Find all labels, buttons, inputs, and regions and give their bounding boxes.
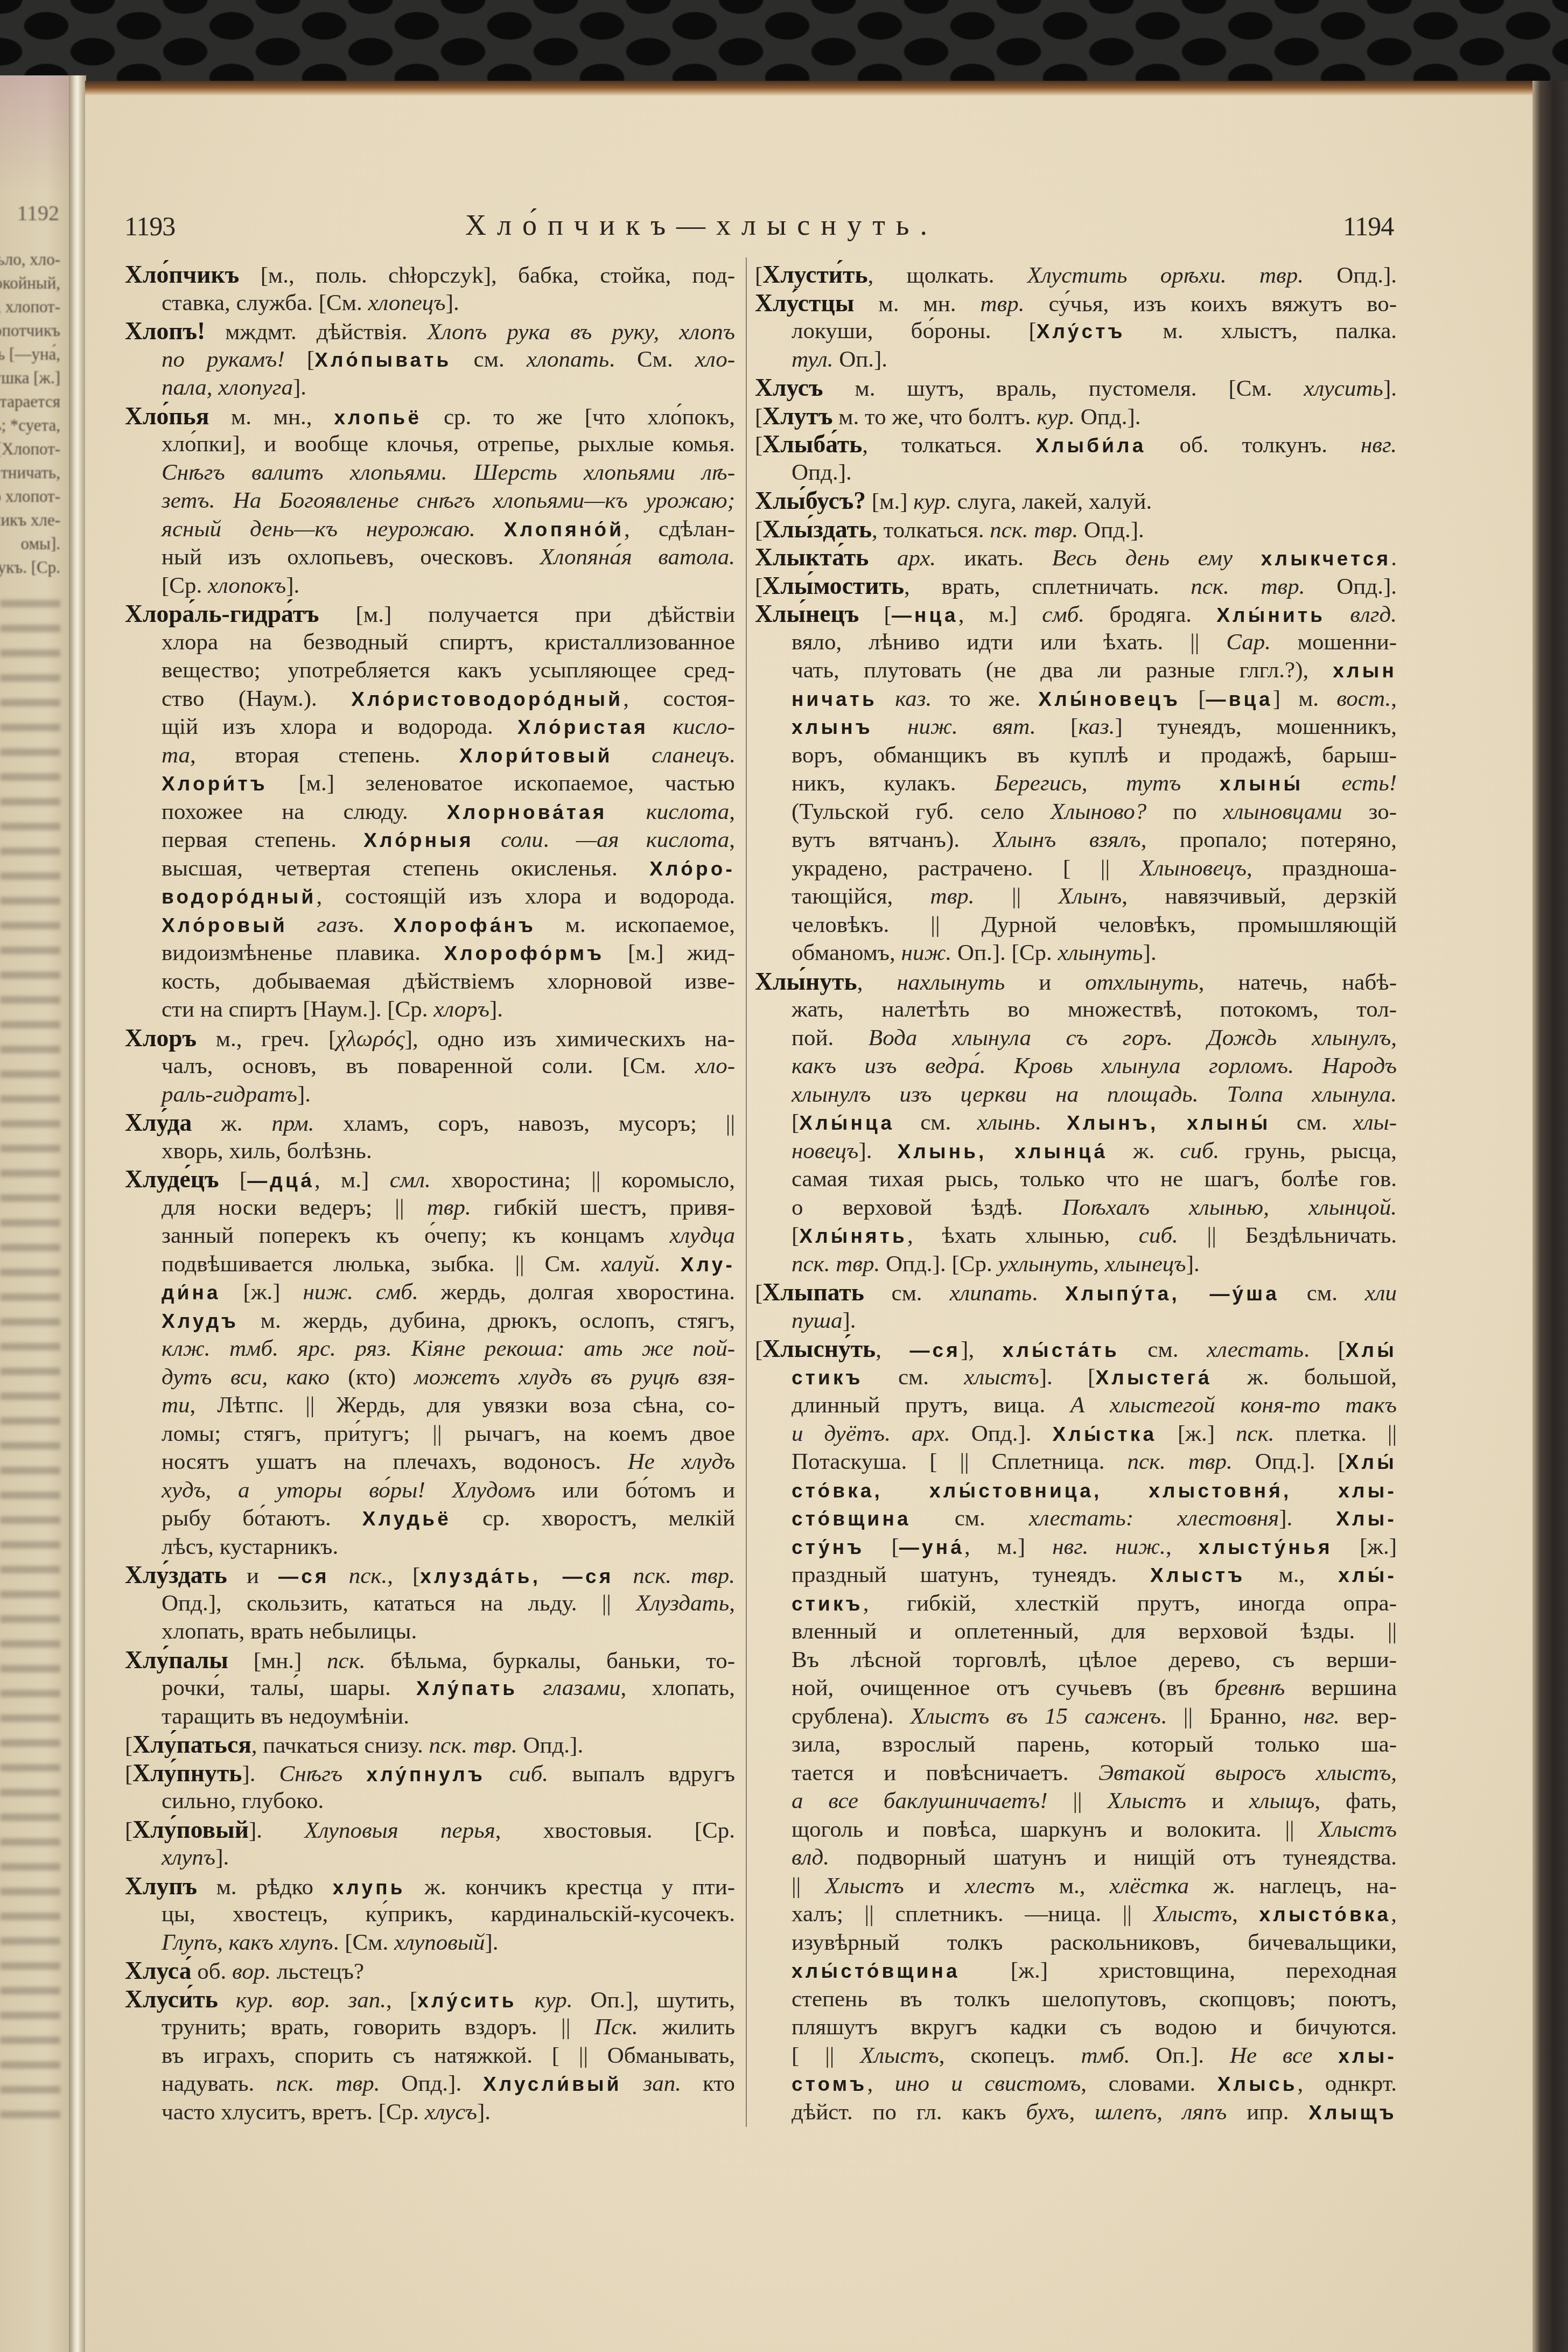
- text-run: Опд.], скользить, кататься на льду. ||: [162, 1591, 636, 1616]
- entry-first-line: Хлу́стцы м. мн. твр. су́чья, изъ коихъ в…: [755, 289, 1397, 318]
- italic-text: хлипать: [949, 1280, 1032, 1306]
- text-run: Опд.].: [380, 2071, 484, 2096]
- text-run: человѣкъ. || Дурной человѣкъ, промышляющ…: [792, 912, 1397, 937]
- text-line: степень въ толкъ шелопутовъ, скопцовъ; п…: [755, 1985, 1397, 2014]
- text-run: см.: [1271, 1110, 1353, 1135]
- text-line: лѣсъ, кустарникъ.: [125, 1533, 735, 1562]
- text-run: об. толкунъ.: [1146, 432, 1361, 458]
- text-run: [873, 714, 907, 739]
- entry-first-line: [Хлусти́ть, щолкать. Хлустить орѣхи. твр…: [755, 261, 1397, 289]
- text-run: м. мн.,: [209, 404, 334, 430]
- derived-headword: Хлори́товый: [459, 745, 613, 767]
- italic-text: хлыщъ: [1249, 1788, 1315, 1814]
- derived-headword: Хлынь, хлынца́: [897, 1140, 1108, 1163]
- text-run: , пачкаться снизу.: [251, 1733, 429, 1758]
- text-run: срублена).: [792, 1704, 911, 1729]
- text-line: стикъ см. хлыстъ]. [Хлыстега́ ж. большой…: [755, 1363, 1397, 1392]
- text-run: ] тунеядъ, мошенникъ,: [1115, 714, 1397, 739]
- column-left: Хло́пчикъ [м., поль. chłopczyk], бабка, …: [125, 261, 735, 2126]
- text-run: м.,: [1245, 1562, 1339, 1587]
- italic-text: твр.: [427, 1195, 471, 1220]
- italic-text: хлыстъ: [964, 1364, 1039, 1390]
- text-line: хворь, хиль, болѣзнь.: [125, 1137, 735, 1166]
- text-run: [: [755, 517, 762, 543]
- italic-text: пск.: [327, 1648, 365, 1674]
- italic-text: какъ изъ ведра́. Кровь хлынула горломъ. …: [792, 1053, 1397, 1079]
- text-run: см.: [911, 1506, 1029, 1531]
- text-run: видоизмѣненье плавика.: [162, 940, 444, 965]
- italic-text: можетъ хлудъ въ руцѣ взя-: [414, 1364, 735, 1390]
- entry-first-line: [Хлыпать см. хлипать. Хлыпу́та, —у́ша см…: [755, 1278, 1397, 1307]
- entry-first-line: Хлы́нецъ [—нца, м.] смб. бродяга. Хлы́ни…: [755, 600, 1397, 628]
- entry-first-line: Хлу́здать и —ся пск., [хлузда́ть, —ся пс…: [125, 1561, 735, 1590]
- italic-text: Вода хлынула съ горъ. Дождь хлынулъ,: [869, 1025, 1397, 1051]
- italic-text: нвг.: [1304, 1704, 1340, 1729]
- entry-first-line: [Хлу́пнуть]. Снѣгъ хлу́пнулъ сиб. выпалъ…: [125, 1759, 735, 1788]
- text-run: [: [755, 404, 762, 430]
- text-line: [Ср. хлопокъ].: [125, 572, 735, 600]
- derived-headword: Хло́ристая: [517, 716, 648, 738]
- text-run: , вторая степень.: [190, 743, 459, 768]
- previous-page-fragment: никъ хле-: [0, 508, 60, 532]
- text-run: ].: [293, 375, 306, 400]
- italic-text: Хлыстъ: [825, 1873, 904, 1899]
- derived-headword: стомъ: [792, 2073, 867, 2095]
- text-line: хлынъ ниж. вят. [каз.] тунеядъ, мошенник…: [755, 713, 1397, 741]
- text-run: [: [864, 1534, 899, 1559]
- text-line: ный изъ охлопьевъ, оческовъ. Хлопяна́я в…: [125, 543, 735, 572]
- previous-page-text-fragments: ьло, хло-спокойный,, хлопот-опотчикъкъ […: [0, 248, 60, 579]
- text-run: . [: [1304, 1337, 1346, 1362]
- text-run: ,: [1391, 686, 1397, 711]
- previous-page-fragment: тушка [ж.]: [0, 366, 60, 390]
- entry-first-line: [Хлы́здать, толкаться. пск. твр. Опд.].: [755, 515, 1397, 544]
- italic-text: Хлыстъ: [1108, 1788, 1187, 1814]
- italic-text: пск.: [349, 1563, 387, 1588]
- text-run: ||: [1048, 1788, 1108, 1814]
- previous-page-edge: 1192 ьло, хло-спокойный,, хлопот-опотчик…: [0, 75, 71, 2352]
- italic-text: смб.: [1042, 602, 1084, 627]
- text-line: клж. тмб. ярс. ряз. Кіяне рекоша: ать же…: [125, 1335, 735, 1363]
- derived-headword: —ся: [909, 1339, 961, 1361]
- text-run: ,: [729, 1591, 735, 1616]
- text-line: самая тихая рысь, только что не шагъ, бо…: [755, 1165, 1397, 1194]
- italic-text: хло-: [695, 1053, 735, 1079]
- text-line: ди́на [ж.] ниж. смб. жердь, долгая хворо…: [125, 1278, 735, 1307]
- text-run: см.: [1119, 1337, 1207, 1362]
- text-line: пуша].: [755, 1307, 1397, 1335]
- text-run: [: [792, 1110, 799, 1135]
- italic-text: ти: [162, 1392, 190, 1418]
- text-run: ] м.: [1273, 686, 1337, 711]
- text-line: зила, взрослый парень, который только ша…: [755, 1731, 1397, 1759]
- text-line: пляшутъ вкругъ кадки съ водою и бичуются…: [755, 2013, 1397, 2042]
- text-line: занный поперекъ къ о́чепу; къ концамъ хл…: [125, 1222, 735, 1250]
- text-line: Опд.], скользить, кататься на льду. || Х…: [125, 1590, 735, 1618]
- italic-text: Снѣгъ валитъ хлопьями. Шерсть хлопьями л…: [162, 460, 735, 485]
- text-run: носятъ ушатъ на плечахъ, водоносъ.: [162, 1449, 628, 1474]
- text-run: праздный шатунъ, тунеядъ.: [792, 1562, 1150, 1587]
- text-run: ].: [297, 1082, 311, 1107]
- text-run: [475, 516, 504, 542]
- text-run: ,: [1232, 1901, 1259, 1927]
- text-run: . См.: [609, 347, 695, 372]
- headword: Хлу́стцы: [755, 289, 854, 317]
- text-run: ].: [215, 1845, 229, 1870]
- text-line: тающійся, твр. || Хлынъ, навязчивый, дер…: [755, 883, 1397, 911]
- text-line: пой. Вода хлынула съ горъ. Дождь хлынулъ…: [755, 1024, 1397, 1053]
- text-run: изувѣрный толкъ раскольниковъ, бичевальщ…: [792, 1930, 1397, 1955]
- text-run: [: [219, 1167, 248, 1193]
- column-divider: [746, 257, 747, 2127]
- italic-text: ино и свистомъ: [895, 2071, 1081, 2096]
- text-line: пала, хлопуга].: [125, 374, 735, 402]
- text-run: ]. [: [1039, 1364, 1096, 1390]
- italic-text: кур.: [913, 489, 951, 514]
- text-run: м. ископаемое,: [536, 912, 735, 937]
- text-run: .: [1032, 1280, 1065, 1306]
- italic-text: пала, хлопуга: [162, 375, 293, 400]
- text-run: дѣйст. по гл. какъ: [792, 2099, 1026, 2125]
- text-line: украдено, растрачено. [ || Хлыновецъ, пр…: [755, 855, 1397, 883]
- text-line: влд. подворный шатунъ и нищій отъ тунеяд…: [755, 1844, 1397, 1872]
- page-number-left: 1193: [124, 210, 175, 242]
- text-run: ж.: [192, 1111, 271, 1136]
- text-run: Опд.].: [792, 460, 852, 485]
- headword: Хлу́здать: [125, 1561, 227, 1588]
- text-run: . [См.: [333, 1930, 394, 1955]
- text-line: [Хлы́нять, ѣхать хлынью, сиб. || Бездѣль…: [755, 1222, 1397, 1250]
- text-run: [288, 912, 317, 937]
- entry-first-line: [Хлутъ м. то же, что болтъ. кур. Опд.].: [755, 402, 1397, 431]
- italic-text: пуша: [792, 1308, 843, 1333]
- text-run: [342, 1761, 366, 1787]
- text-line: Хлори́тъ [м.] зеленоватое ископаемое, ча…: [125, 769, 735, 798]
- headword: Хло́пья: [125, 402, 209, 430]
- text-run: [: [125, 1761, 132, 1787]
- italic-text: бухъ, шлепъ, ляпъ: [1026, 2099, 1227, 2125]
- text-line: чать, плутовать (не два ли разные глгл.?…: [755, 656, 1397, 685]
- italic-text: сиб.: [509, 1761, 548, 1787]
- text-run: .: [1035, 1110, 1067, 1135]
- text-run: [: [125, 1733, 132, 1758]
- text-run: о верховой ѣздѣ.: [792, 1195, 1062, 1220]
- text-run: [м.]: [866, 489, 913, 514]
- italic-text: нвг. ниж.: [1052, 1534, 1166, 1559]
- text-run: [607, 799, 646, 824]
- text-run: Оп.].: [833, 347, 887, 372]
- text-run: Опд.].: [1305, 574, 1397, 599]
- text-line: кость, добываемая дѣйствіемъ хлорновой и…: [125, 968, 735, 996]
- derived-headword: Хлы́новецъ: [1038, 688, 1180, 710]
- italic-text: кисло-: [673, 714, 735, 739]
- text-run: жердь, долгая хворостина.: [418, 1279, 735, 1305]
- text-run: ].: [858, 1138, 897, 1164]
- italic-text: кислота: [646, 799, 730, 824]
- derived-headword: хлыны́: [1220, 773, 1303, 795]
- italic-text: хлоръ: [433, 997, 489, 1022]
- text-line: дутъ вси, како (кто) можетъ хлудъ въ руц…: [125, 1363, 735, 1392]
- text-line: трунить; врать, говорить вздоръ. || Пск.…: [125, 2013, 735, 2042]
- text-run: хворь, хиль, болѣзнь.: [162, 1138, 372, 1164]
- text-run: Опд.].: [1075, 404, 1141, 430]
- text-run: ].: [843, 1308, 856, 1333]
- text-run: хламъ, соръ, навозъ, мусоръ; ||: [314, 1111, 735, 1136]
- text-run: , хвостовыя. [Ср.: [495, 1818, 735, 1843]
- page-top-edge: [85, 81, 1534, 96]
- text-line: жать, налетѣть во множествѣ, потокомъ, т…: [755, 996, 1397, 1024]
- text-run: ], одно изъ химическихъ на-: [405, 1026, 735, 1052]
- text-run: ||: [792, 1873, 825, 1899]
- text-run: [ж.] христовщина, переходная: [960, 1958, 1397, 1983]
- text-run: .: [543, 827, 576, 852]
- headword: Хлопъ!: [125, 317, 205, 345]
- italic-text: Хлыстъ: [1153, 1901, 1233, 1927]
- derived-headword: хлу́сить: [417, 1990, 516, 2012]
- previous-page-fragment: опотчикъ: [0, 319, 60, 342]
- italic-text: хлопецъ: [368, 290, 445, 316]
- text-line: носятъ ушатъ на плечахъ, водоносъ. Не хл…: [125, 1448, 735, 1476]
- derived-headword: Хлыпу́та, —у́ша: [1065, 1283, 1279, 1305]
- derived-headword: хлысту́нья: [1199, 1536, 1333, 1558]
- text-run: или бо́томъ и: [535, 1478, 735, 1503]
- italic-text: хлынь: [977, 1110, 1035, 1135]
- headword: Хлусъ: [755, 374, 823, 401]
- text-line: чалъ, основъ, въ поваренной соли. [См. х…: [125, 1052, 735, 1081]
- text-run: м., греч. [: [197, 1026, 336, 1052]
- text-run: [218, 1987, 236, 2013]
- text-line: похожее на слюду. Хлорнова́тая кислота,: [125, 798, 735, 827]
- text-run: икать.: [936, 545, 1052, 571]
- headword: Хлусти́ть: [762, 261, 867, 288]
- italic-text: хлусить: [1304, 376, 1383, 401]
- text-run: Оп.].: [1130, 2043, 1230, 2068]
- italic-text: Поѣхалъ хлынью, хлынцой.: [1062, 1195, 1397, 1220]
- derived-headword: Хлусли́вый: [483, 2073, 622, 2095]
- text-line: локуши, бо́роны. [Хлу́стъ м. хлыстъ, пал…: [755, 317, 1397, 346]
- text-run: см.: [1279, 1280, 1365, 1306]
- text-run: ной, очищенное отъ сучьевъ (въ: [792, 1675, 1215, 1700]
- text-run: [485, 1761, 509, 1787]
- text-line: новецъ]. Хлынь, хлынца́ ж. сиб. грунь, р…: [755, 1137, 1397, 1166]
- text-line: рыбу бо́таютъ. Хлудьё ср. хворостъ, мелк…: [125, 1504, 735, 1533]
- text-run: занный поперекъ къ о́чепу; къ концамъ: [162, 1223, 669, 1248]
- text-run: похожее на слюду.: [162, 799, 447, 824]
- italic-text: ниж.: [901, 940, 952, 965]
- text-run: м. мн.: [854, 291, 980, 317]
- text-run: [613, 743, 652, 768]
- derived-headword: Хлорнова́тая: [447, 801, 607, 823]
- text-line: Глупъ, какъ хлупъ. [См. хлуповый].: [125, 1929, 735, 1957]
- italic-text: Хлопъ рука въ руку, хлопъ: [428, 319, 735, 345]
- italic-text: зап.: [643, 2071, 682, 2096]
- headword: Хлыкта́ть: [755, 543, 869, 571]
- italic-text: Весь день ему: [1052, 545, 1233, 571]
- text-line: изувѣрный толкъ раскольниковъ, бичевальщ…: [755, 1929, 1397, 1957]
- italic-text: —ая кислота: [576, 827, 730, 852]
- text-run: ный изъ охлопьевъ, оческовъ.: [162, 544, 540, 570]
- text-run: [Ср.: [162, 573, 208, 598]
- entry-first-line: Хлусъ м. шутъ, враль, пустомеля. [См. хл…: [755, 374, 1397, 402]
- text-line: срублена). Хлыстъ въ 15 саженъ. || Бранн…: [755, 1703, 1397, 1731]
- italic-text: пск. твр.: [990, 517, 1078, 543]
- text-run: (кто): [330, 1364, 414, 1390]
- derived-headword: хлу́пнулъ: [366, 1763, 485, 1786]
- italic-text: Хлыстъ: [1318, 1817, 1397, 1842]
- text-line: а все баклушничаетъ! || Хлыстъ и хлыщъ, …: [755, 1787, 1397, 1816]
- headword: Хлы́здать: [762, 515, 872, 543]
- italic-text: бревнѣ: [1215, 1675, 1285, 1700]
- text-run: хлора на безводный спиртъ, кристаллизова…: [162, 629, 735, 655]
- text-run: украдено, растрачено. [ ||: [792, 856, 1140, 881]
- text-run: пой.: [792, 1025, 869, 1051]
- derived-headword: Хло́ристоводоро́дный: [351, 688, 623, 710]
- entry-first-line: [Хлы́мостить, врать, сплетничать. пск. т…: [755, 572, 1397, 600]
- text-run: бѣльма, буркалы, баньки, то-: [366, 1648, 735, 1674]
- text-run: цы, хвостецъ, ку́прикъ, кардинальскій-ку…: [162, 1901, 735, 1927]
- text-run: м. шутъ, враль, пустомеля. [См.: [823, 376, 1304, 401]
- text-run: [: [285, 347, 314, 372]
- text-line: сту́нъ [—уна́, м.] нвг. ниж., хлысту́нья…: [755, 1533, 1397, 1562]
- entry-first-line: [Хлысну́ть, —ся], хлы́ста́ть см. хлестат…: [755, 1335, 1397, 1363]
- text-run: льстецъ?: [271, 1959, 364, 1984]
- entry-first-line: Хлы́нуть, нахлынуть и отхлынуть, натечь,…: [755, 968, 1397, 996]
- derived-headword: Хлынъ, хлыны́: [1067, 1112, 1271, 1134]
- italic-text: ниж. вят.: [907, 714, 1035, 739]
- text-run: .: [654, 1251, 681, 1277]
- italic-text: Эвтакой выросъ хлыстъ,: [1098, 1760, 1397, 1786]
- text-run: грунь, рысца,: [1219, 1138, 1397, 1164]
- text-run: чалъ, основъ, въ поваренной соли. [См.: [162, 1053, 695, 1079]
- derived-headword: Хлу́стъ: [1037, 320, 1125, 342]
- entry-first-line: Хлупъ м. рѣдко хлупь ж. кончикъ крестца …: [125, 1872, 735, 1901]
- text-run: Оп.]. [Ср.: [951, 940, 1058, 965]
- text-line: та, вторая степень. Хлори́товый сланецъ.: [125, 741, 735, 770]
- italic-text: прм.: [271, 1111, 314, 1136]
- text-run: бродяга.: [1084, 602, 1216, 627]
- italic-text: халуй: [601, 1251, 654, 1277]
- text-run: ж. наглецъ, на-: [1189, 1873, 1397, 1899]
- text-run: , натечь, набѣ-: [1199, 970, 1397, 995]
- italic-text: Хлуповыя перья: [304, 1818, 495, 1843]
- previous-page-fragment: спокойный,: [0, 271, 60, 295]
- italic-text: сланецъ: [652, 743, 729, 768]
- text-line: ясный день—къ неурожаю. Хлопяно́й, сдѣла…: [125, 515, 735, 544]
- headword: Хло́пчикъ: [125, 261, 239, 288]
- text-line: зетъ. На Богоявленье снѣгъ хлопьями—къ у…: [125, 487, 735, 515]
- derived-headword: Хло́рныя: [363, 829, 474, 851]
- text-line: || Хлыстъ и хлестъ м., хлёстка ж. наглец…: [755, 1872, 1397, 1901]
- text-run: ср. то же [что хло́покъ,: [422, 404, 735, 430]
- text-run: и: [227, 1563, 278, 1588]
- text-run: длинный прутъ, вица.: [792, 1392, 1070, 1418]
- italic-text: раль-гидратъ: [162, 1082, 297, 1107]
- text-run: Оп.], шутить,: [573, 1987, 735, 2013]
- text-run: , [: [387, 1563, 420, 1588]
- text-run: тающійся,: [792, 884, 930, 909]
- text-run: воръ, обманщикъ въ куплѣ и продажѣ, бары…: [792, 743, 1397, 768]
- derived-headword: хлы́-: [1338, 1564, 1397, 1586]
- italic-text: хлестать: хлестовня: [1029, 1506, 1279, 1531]
- text-run: , врать, сплетничать.: [904, 574, 1191, 599]
- italic-text: ухлынуть, хлынецъ: [998, 1251, 1186, 1277]
- text-run: .: [1391, 545, 1397, 571]
- text-run: м. рѣдко: [197, 1874, 333, 1900]
- headword: Хлы́бусъ?: [755, 487, 866, 514]
- illegible-text-fragments: [0, 592, 60, 2132]
- text-run: см.: [864, 1280, 950, 1306]
- text-run: , однкрт.: [1298, 2071, 1397, 2096]
- text-line: (Тульской губ. село Хлыново? по хлыновца…: [755, 798, 1397, 827]
- italic-text: Хлынъ: [1059, 884, 1122, 909]
- italic-text: та: [162, 743, 190, 768]
- text-line: хлора на безводный спиртъ, кристаллизова…: [125, 628, 735, 657]
- text-run: [: [755, 1280, 762, 1306]
- entry-first-line: Хлуде́цъ [—дца́, м.] смл. хворостина; ||…: [125, 1165, 735, 1194]
- headword: Хлы́мостить: [762, 572, 904, 599]
- text-run: , щолкать.: [868, 263, 1027, 288]
- italic-text: нахлынуть: [897, 970, 1005, 995]
- text-run: [ж.]: [1333, 1534, 1397, 1559]
- italic-text: вост.: [1336, 686, 1391, 711]
- text-line: [ || Хлыстъ, скопецъ. тмб. Оп.]. Не все …: [755, 2042, 1397, 2070]
- text-run: ,: [1391, 1901, 1397, 1927]
- italic-text: хлестъ: [965, 1873, 1035, 1899]
- italic-text: хлынуть: [1058, 940, 1143, 965]
- derived-headword: сто́вщина: [792, 1508, 911, 1530]
- text-run: , навязчивый, дерзкій: [1122, 884, 1397, 909]
- italic-text: хлестать: [1207, 1337, 1304, 1362]
- italic-text: пск. твр.: [429, 1733, 517, 1758]
- text-run: , ѣхать хлынью,: [907, 1223, 1139, 1248]
- italic-text: Хлынъ взялъ: [993, 827, 1141, 852]
- italic-text: пск.: [1236, 1421, 1274, 1446]
- entry-first-line: Хло́пья м. мн., хлопьё ср. то же [что хл…: [125, 402, 735, 431]
- text-line: хлынулъ изъ церкви на площадь. Толпа хлы…: [755, 1081, 1397, 1109]
- text-run: , хлопать,: [620, 1675, 735, 1700]
- text-line: надувать. пск. твр. Опд.]. Хлусли́вый за…: [125, 2070, 735, 2098]
- italic-text: Не хлудъ: [628, 1449, 735, 1474]
- text-run: локуши, бо́роны. [: [792, 318, 1037, 344]
- text-run: , гибкій, хлесткій прутъ, иногда опра-: [863, 1591, 1397, 1616]
- previous-page-fragment: къ; *суета,: [0, 414, 60, 437]
- text-run: [613, 1563, 633, 1588]
- italic-text: смл.: [390, 1167, 431, 1193]
- italic-text: хлы-: [1353, 1110, 1397, 1135]
- text-run: [1181, 771, 1219, 796]
- text-run: ,: [1166, 1534, 1199, 1559]
- italic-text: новецъ: [792, 1138, 858, 1164]
- text-run: кто: [681, 2071, 735, 2096]
- text-run: ставка, служба. [См.: [162, 290, 368, 316]
- entry-first-line: Хлыкта́ть арх. икать. Весь день ему хлык…: [755, 543, 1397, 572]
- text-line: ничать каз. то же. Хлы́новецъ [—вца] м. …: [755, 685, 1397, 713]
- text-run: , м.]: [964, 1534, 1052, 1559]
- previous-page-fragment: , хлопот-: [0, 295, 60, 319]
- entry-first-line: Хлора́ль-гидра́тъ [м.] получается при дѣ…: [125, 600, 735, 628]
- text-run: самая тихая рысь, только что не шагъ, бо…: [792, 1166, 1397, 1192]
- text-line: рочки́, талы́, шары. Хлу́пать глазами, х…: [125, 1674, 735, 1703]
- italic-text: Хлыстъ въ 15 саженъ: [911, 1704, 1161, 1729]
- entry-first-line: Хло́пчикъ [м., поль. chłopczyk], бабка, …: [125, 261, 735, 289]
- text-run: вещество; употребляется какъ усыпляющее …: [162, 657, 735, 683]
- derived-headword: Хлыстъ: [1150, 1564, 1245, 1586]
- text-run: , толкаться.: [872, 517, 990, 543]
- text-line: ставка, служба. [См. хлопецъ].: [125, 289, 735, 318]
- text-run: по: [1146, 799, 1223, 824]
- text-line: сто́вщина см. хлестать: хлестовня]. Хлы-: [755, 1504, 1397, 1533]
- text-line: Снѣгъ валитъ хлопьями. Шерсть хлопьями л…: [125, 459, 735, 487]
